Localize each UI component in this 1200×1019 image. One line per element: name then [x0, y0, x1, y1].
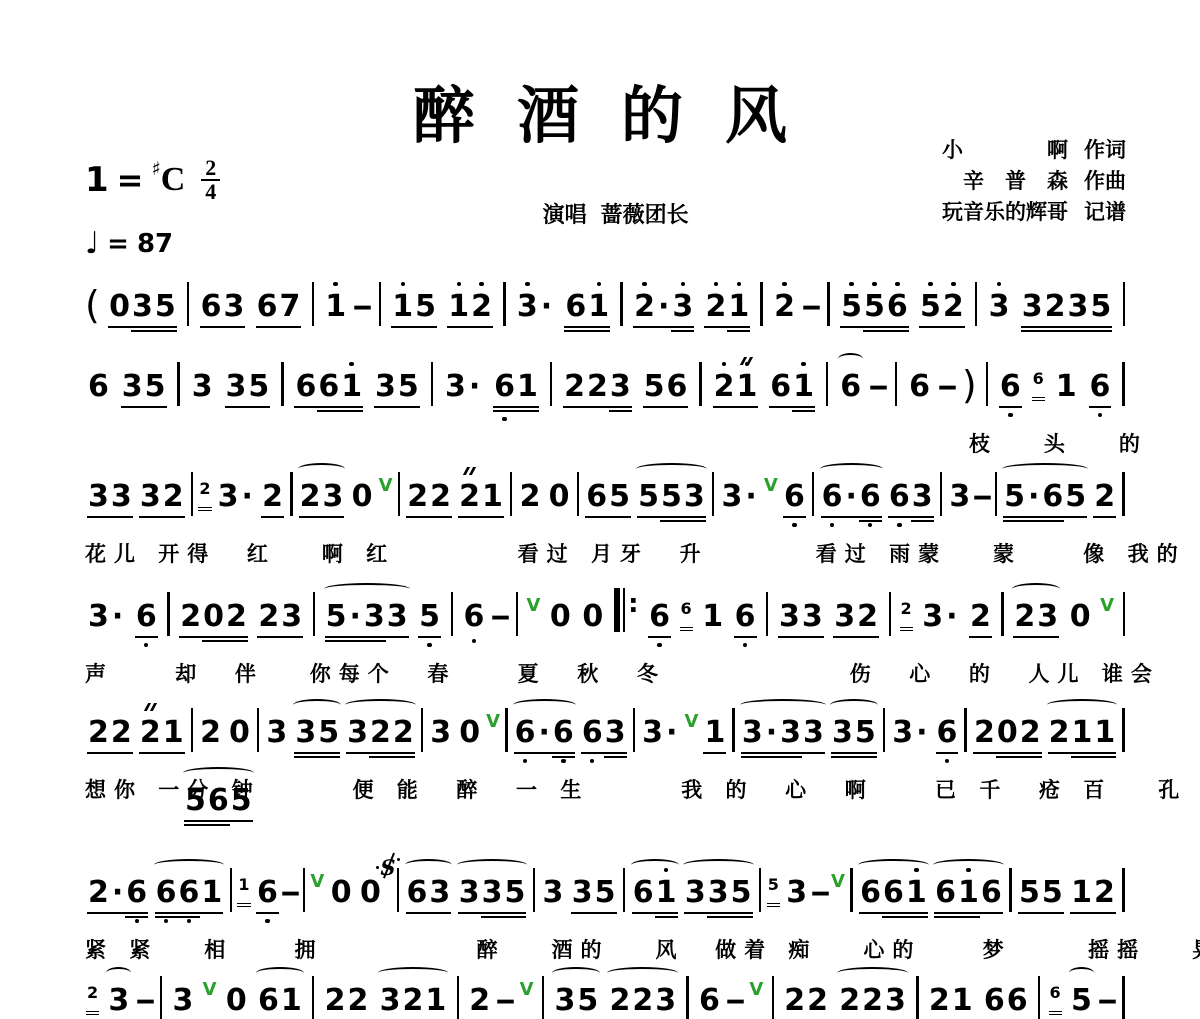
note-group: 61: [632, 876, 678, 910]
barline: [379, 282, 381, 326]
segno-icon: S: [386, 901, 392, 902]
note-group: 661: [155, 876, 224, 910]
barline: [281, 362, 283, 406]
lyrics-row: 枝 头 的: [85, 428, 1127, 458]
note-group: 2: [519, 480, 542, 514]
note-group: 565: [184, 784, 253, 818]
barline: [457, 976, 459, 1019]
note-group: 35: [294, 716, 340, 750]
note-group: 63: [888, 480, 934, 514]
note-group: 335: [458, 876, 527, 910]
notes-row: (03563671–15123·612·3212–5565233235: [85, 272, 1127, 324]
note-group: 3: [171, 984, 194, 1018]
note-group: 6: [256, 876, 279, 910]
note-group: 3·: [921, 600, 959, 634]
score-line-7: 23–3V061223212–V352236–V22223216665–: [85, 966, 1127, 1019]
sheet-music-page: 醉酒的风 演唱蔷薇团长 小 啊 作词 辛 普 森 作曲 玩音乐的辉哥 记谱 1 …: [0, 0, 1200, 1019]
ossia-figure: 565: [182, 784, 255, 818]
barline: [542, 976, 544, 1019]
note-group: 0: [581, 600, 604, 634]
barline: [759, 868, 761, 912]
note-group: 3235: [1021, 290, 1113, 324]
note-group: 211: [1048, 716, 1117, 750]
note-group: 556: [840, 290, 909, 324]
note-group: 223: [838, 984, 907, 1018]
notes-row: 635335661353·612235621616–6–)6616: [85, 352, 1127, 408]
note-group: 33: [778, 600, 824, 634]
note-group: 2·3: [633, 290, 694, 324]
note-group: 35: [571, 876, 617, 910]
barline: [257, 708, 259, 752]
barline: [533, 868, 535, 912]
note-group: 2: [199, 716, 222, 750]
barline: [620, 282, 622, 326]
note-group: 6: [648, 600, 671, 634]
breath-mark-icon: V: [520, 973, 534, 1007]
barline: [1123, 592, 1125, 636]
barline: [1122, 708, 1124, 752]
barline: [732, 708, 734, 752]
note-group: 0: [225, 984, 248, 1018]
barline: [623, 868, 625, 912]
note-group: 32: [833, 600, 879, 634]
note-group: 5·65: [1003, 480, 1087, 514]
note-group: 6: [999, 370, 1022, 404]
note-group: 3: [988, 290, 1011, 324]
note-group: 1: [703, 716, 726, 750]
note-group: 3·: [891, 716, 929, 750]
barline: [916, 976, 918, 1019]
note-group: 6: [734, 600, 757, 634]
note-group: 6: [87, 370, 110, 404]
note-group: 223: [563, 370, 632, 404]
notes-row: 333223·2230V222120655533·V66·6633–5·652: [85, 462, 1127, 518]
barline: [699, 362, 701, 406]
barline: [850, 868, 852, 912]
note-group: 3·: [217, 480, 255, 514]
note-group: 322: [346, 716, 415, 750]
notes-row: 3·6202235·3356–V00:6616333223·2230V: [85, 582, 1127, 638]
score-line-2: 635335661353·612235621616–6–)6616枝 头 的: [85, 352, 1127, 458]
lyrics-row: 紧 紧 相 拥 醉 酒的 风 做着 痴 心的 梦 摇摇 晃 晃 从西 走到: [85, 934, 1127, 964]
note-group: 5: [1070, 984, 1093, 1018]
barline: [1122, 868, 1124, 912]
barline: [312, 282, 314, 326]
dash: –: [135, 984, 156, 1018]
note-group: 12: [1070, 876, 1116, 910]
note-group: 3·: [720, 480, 758, 514]
dash: –: [972, 480, 993, 514]
note-group: 21: [139, 716, 185, 750]
note-group: 52: [919, 290, 965, 324]
note-group: 65: [585, 480, 631, 514]
note-group: 21: [713, 370, 759, 404]
barline: [995, 472, 997, 516]
notes-row: 22212033532230V6·6633·V13·33353·6202211: [85, 698, 1127, 754]
note-group: 0: [330, 876, 353, 910]
note-group: 202: [973, 716, 1042, 750]
barline: [827, 282, 829, 326]
note-group: 55: [1018, 876, 1064, 910]
dash: –: [810, 876, 831, 910]
barline: [883, 708, 885, 752]
note-group: 0: [549, 600, 572, 634]
note-group: 63: [406, 876, 452, 910]
dash: –: [801, 290, 822, 324]
barline: [812, 472, 814, 516]
breath-mark-icon: V: [831, 865, 845, 899]
parenthesis: (: [85, 288, 100, 322]
note-group: 3: [265, 716, 288, 750]
barline: [397, 868, 399, 912]
dash: –: [725, 984, 746, 1018]
note-group: 0: [548, 480, 571, 514]
grace-note: 2: [198, 472, 211, 506]
breath-mark-icon: V: [379, 469, 393, 503]
note-group: 2: [969, 600, 992, 634]
barline: [1038, 976, 1040, 1019]
note-group: 0: [351, 480, 374, 514]
barline: [191, 472, 193, 516]
barline: [633, 708, 635, 752]
barline: [516, 592, 518, 636]
grace-note: 5: [767, 868, 780, 902]
barline: [1001, 592, 1003, 636]
note-group: 661: [859, 876, 928, 910]
barline: [503, 282, 505, 326]
barline: [1122, 362, 1124, 406]
note-group: 616: [934, 876, 1003, 910]
note-group: 3: [191, 370, 214, 404]
note-group: 63: [200, 290, 246, 324]
breath-mark-icon: V: [749, 973, 763, 1007]
note-group: 61: [493, 370, 539, 404]
dash: –: [868, 370, 889, 404]
grace-note: 6: [680, 592, 693, 626]
note-group: 23: [299, 480, 345, 514]
note-group: 3·: [516, 290, 554, 324]
barline: [398, 472, 400, 516]
lyrics-row: 声 却 伴 你每个 春 夏 秋 冬 伤 心 的 人儿 谁会 哄 啊 哄: [85, 658, 1127, 688]
barline: [760, 282, 762, 326]
notes-row: 2·666116–V00S633353356133553–V6616165512: [85, 858, 1127, 914]
note-group: 2: [773, 290, 796, 324]
note-group: 321: [379, 984, 448, 1018]
note-group: 23: [1013, 600, 1059, 634]
breath-mark-icon: V: [1100, 589, 1114, 623]
note-group: 67: [256, 290, 302, 324]
note-group: 35: [374, 370, 420, 404]
score-line-1: (03563671–15123·612·3212–5565233235: [85, 272, 1127, 324]
barline: [964, 708, 966, 752]
barline: [312, 976, 314, 1019]
note-group: 202: [179, 600, 248, 634]
dash: –: [1097, 984, 1118, 1018]
note-group: 0: [228, 716, 251, 750]
dash: –: [490, 600, 511, 634]
note-group: 21: [458, 480, 504, 514]
barline: [550, 362, 552, 406]
barline: [167, 592, 169, 636]
note-group: 3·33: [741, 716, 825, 750]
dash: –: [352, 290, 373, 324]
lyrics-row: 花儿 开得 红 啊 红 看过 月牙 升 看过 雨蒙 蒙 像 我的 思 念 寂 静…: [85, 538, 1127, 568]
note-group: 23: [257, 600, 303, 634]
note-group: 21: [928, 984, 974, 1018]
repeat-start-sign: :: [614, 584, 639, 628]
barline: [1123, 282, 1125, 326]
note-group: 56: [643, 370, 689, 404]
dash: –: [280, 876, 301, 910]
note-group: 223: [608, 984, 677, 1018]
note-group: 3·: [641, 716, 679, 750]
breath-mark-icon: V: [310, 865, 324, 899]
barline: [510, 472, 512, 516]
note-group: 22: [783, 984, 829, 1018]
score: (03563671–15123·612·3212–556523323563533…: [0, 0, 1200, 1019]
barline: [1122, 976, 1124, 1019]
barline: [505, 708, 507, 752]
barline: [940, 472, 942, 516]
barline: [686, 976, 688, 1019]
note-group: 35: [831, 716, 877, 750]
barline: [290, 472, 292, 516]
breath-mark-icon: V: [764, 469, 778, 503]
barline: [1009, 868, 1011, 912]
grace-note: 6: [1049, 976, 1062, 1010]
parenthesis: ): [962, 368, 977, 402]
barline: [230, 868, 232, 912]
dash: –: [937, 370, 958, 404]
note-group: 2: [261, 480, 284, 514]
barline: [451, 592, 453, 636]
note-group: 61: [257, 984, 303, 1018]
dash: –: [495, 984, 516, 1018]
note-group: 3: [429, 716, 452, 750]
barline: [772, 976, 774, 1019]
note-group: 35: [121, 370, 167, 404]
note-group: 1: [324, 290, 347, 324]
note-group: 15: [391, 290, 437, 324]
grace-note: 1: [237, 868, 250, 902]
score-line-3: 333223·2230V222120655533·V66·6633–5·652花…: [85, 462, 1127, 568]
breath-mark-icon: V: [203, 973, 217, 1007]
note-group: 6: [1089, 370, 1112, 404]
barline: [895, 362, 897, 406]
barline: [160, 976, 162, 1019]
note-group: 3: [785, 876, 808, 910]
note-group: 32: [139, 480, 185, 514]
breath-mark-icon: V: [684, 705, 698, 739]
note-group: 12: [447, 290, 493, 324]
note-group: 6·6: [821, 480, 882, 514]
barline: [431, 362, 433, 406]
note-group: 5·33: [325, 600, 409, 634]
note-group: 6·6: [514, 716, 575, 750]
note-group: 661: [294, 370, 363, 404]
note-group: 61: [769, 370, 815, 404]
barline: [577, 472, 579, 516]
barline: [826, 362, 828, 406]
barline: [1122, 472, 1124, 516]
note-group: 66: [983, 984, 1029, 1018]
note-group: 3·: [444, 370, 482, 404]
note-group: 3: [107, 984, 130, 1018]
barline: [712, 472, 714, 516]
note-group: 3: [542, 876, 565, 910]
note-group: 6: [463, 600, 486, 634]
note-group: 1: [701, 600, 724, 634]
score-line-4: 3·6202235·3356–V00:6616333223·2230V声 却 伴…: [85, 582, 1127, 688]
note-group: 61: [564, 290, 610, 324]
note-group: 6: [908, 370, 931, 404]
barline: [889, 592, 891, 636]
note-group: 0: [359, 876, 382, 910]
note-group: 3: [948, 480, 971, 514]
barline: [975, 282, 977, 326]
note-group: 5: [418, 600, 441, 634]
barline: [187, 282, 189, 326]
barline: [766, 592, 768, 636]
grace-note: 2: [86, 976, 99, 1010]
barline: [177, 362, 179, 406]
note-group: 33: [87, 480, 133, 514]
barline: [421, 708, 423, 752]
note-group: 6: [936, 716, 959, 750]
note-group: 6: [839, 370, 862, 404]
note-group: 0: [458, 716, 481, 750]
note-group: 22: [87, 716, 133, 750]
note-group: 35: [225, 370, 271, 404]
note-group: 3·: [87, 600, 125, 634]
note-group: 335: [684, 876, 753, 910]
note-group: 22: [406, 480, 452, 514]
grace-note: 2: [900, 592, 913, 626]
grace-note: 6: [1032, 362, 1045, 396]
note-group: 21: [704, 290, 750, 324]
barline: [303, 868, 305, 912]
notes-row: 23–3V061223212–V352236–V22223216665–: [85, 966, 1127, 1019]
note-group: 6: [698, 984, 721, 1018]
barline: [986, 362, 988, 406]
note-group: 035: [108, 290, 177, 324]
note-group: 63: [581, 716, 627, 750]
notes-row: 565: [182, 784, 255, 818]
note-group: 35: [553, 984, 599, 1018]
note-group: 0: [1069, 600, 1092, 634]
note-group: 553: [637, 480, 706, 514]
note-group: 22: [324, 984, 370, 1018]
note-group: 6: [783, 480, 806, 514]
note-group: 2: [1093, 480, 1116, 514]
breath-mark-icon: V: [486, 705, 500, 739]
breath-mark-icon: V: [526, 589, 540, 623]
note-group: 6: [135, 600, 158, 634]
note-group: 2: [468, 984, 491, 1018]
score-line-6: 2·666116–V00S633353356133553–V6616165512…: [85, 858, 1127, 964]
note-group: 1: [1055, 370, 1078, 404]
barline: [191, 708, 193, 752]
note-group: 2·6: [87, 876, 148, 910]
barline: [313, 592, 315, 636]
